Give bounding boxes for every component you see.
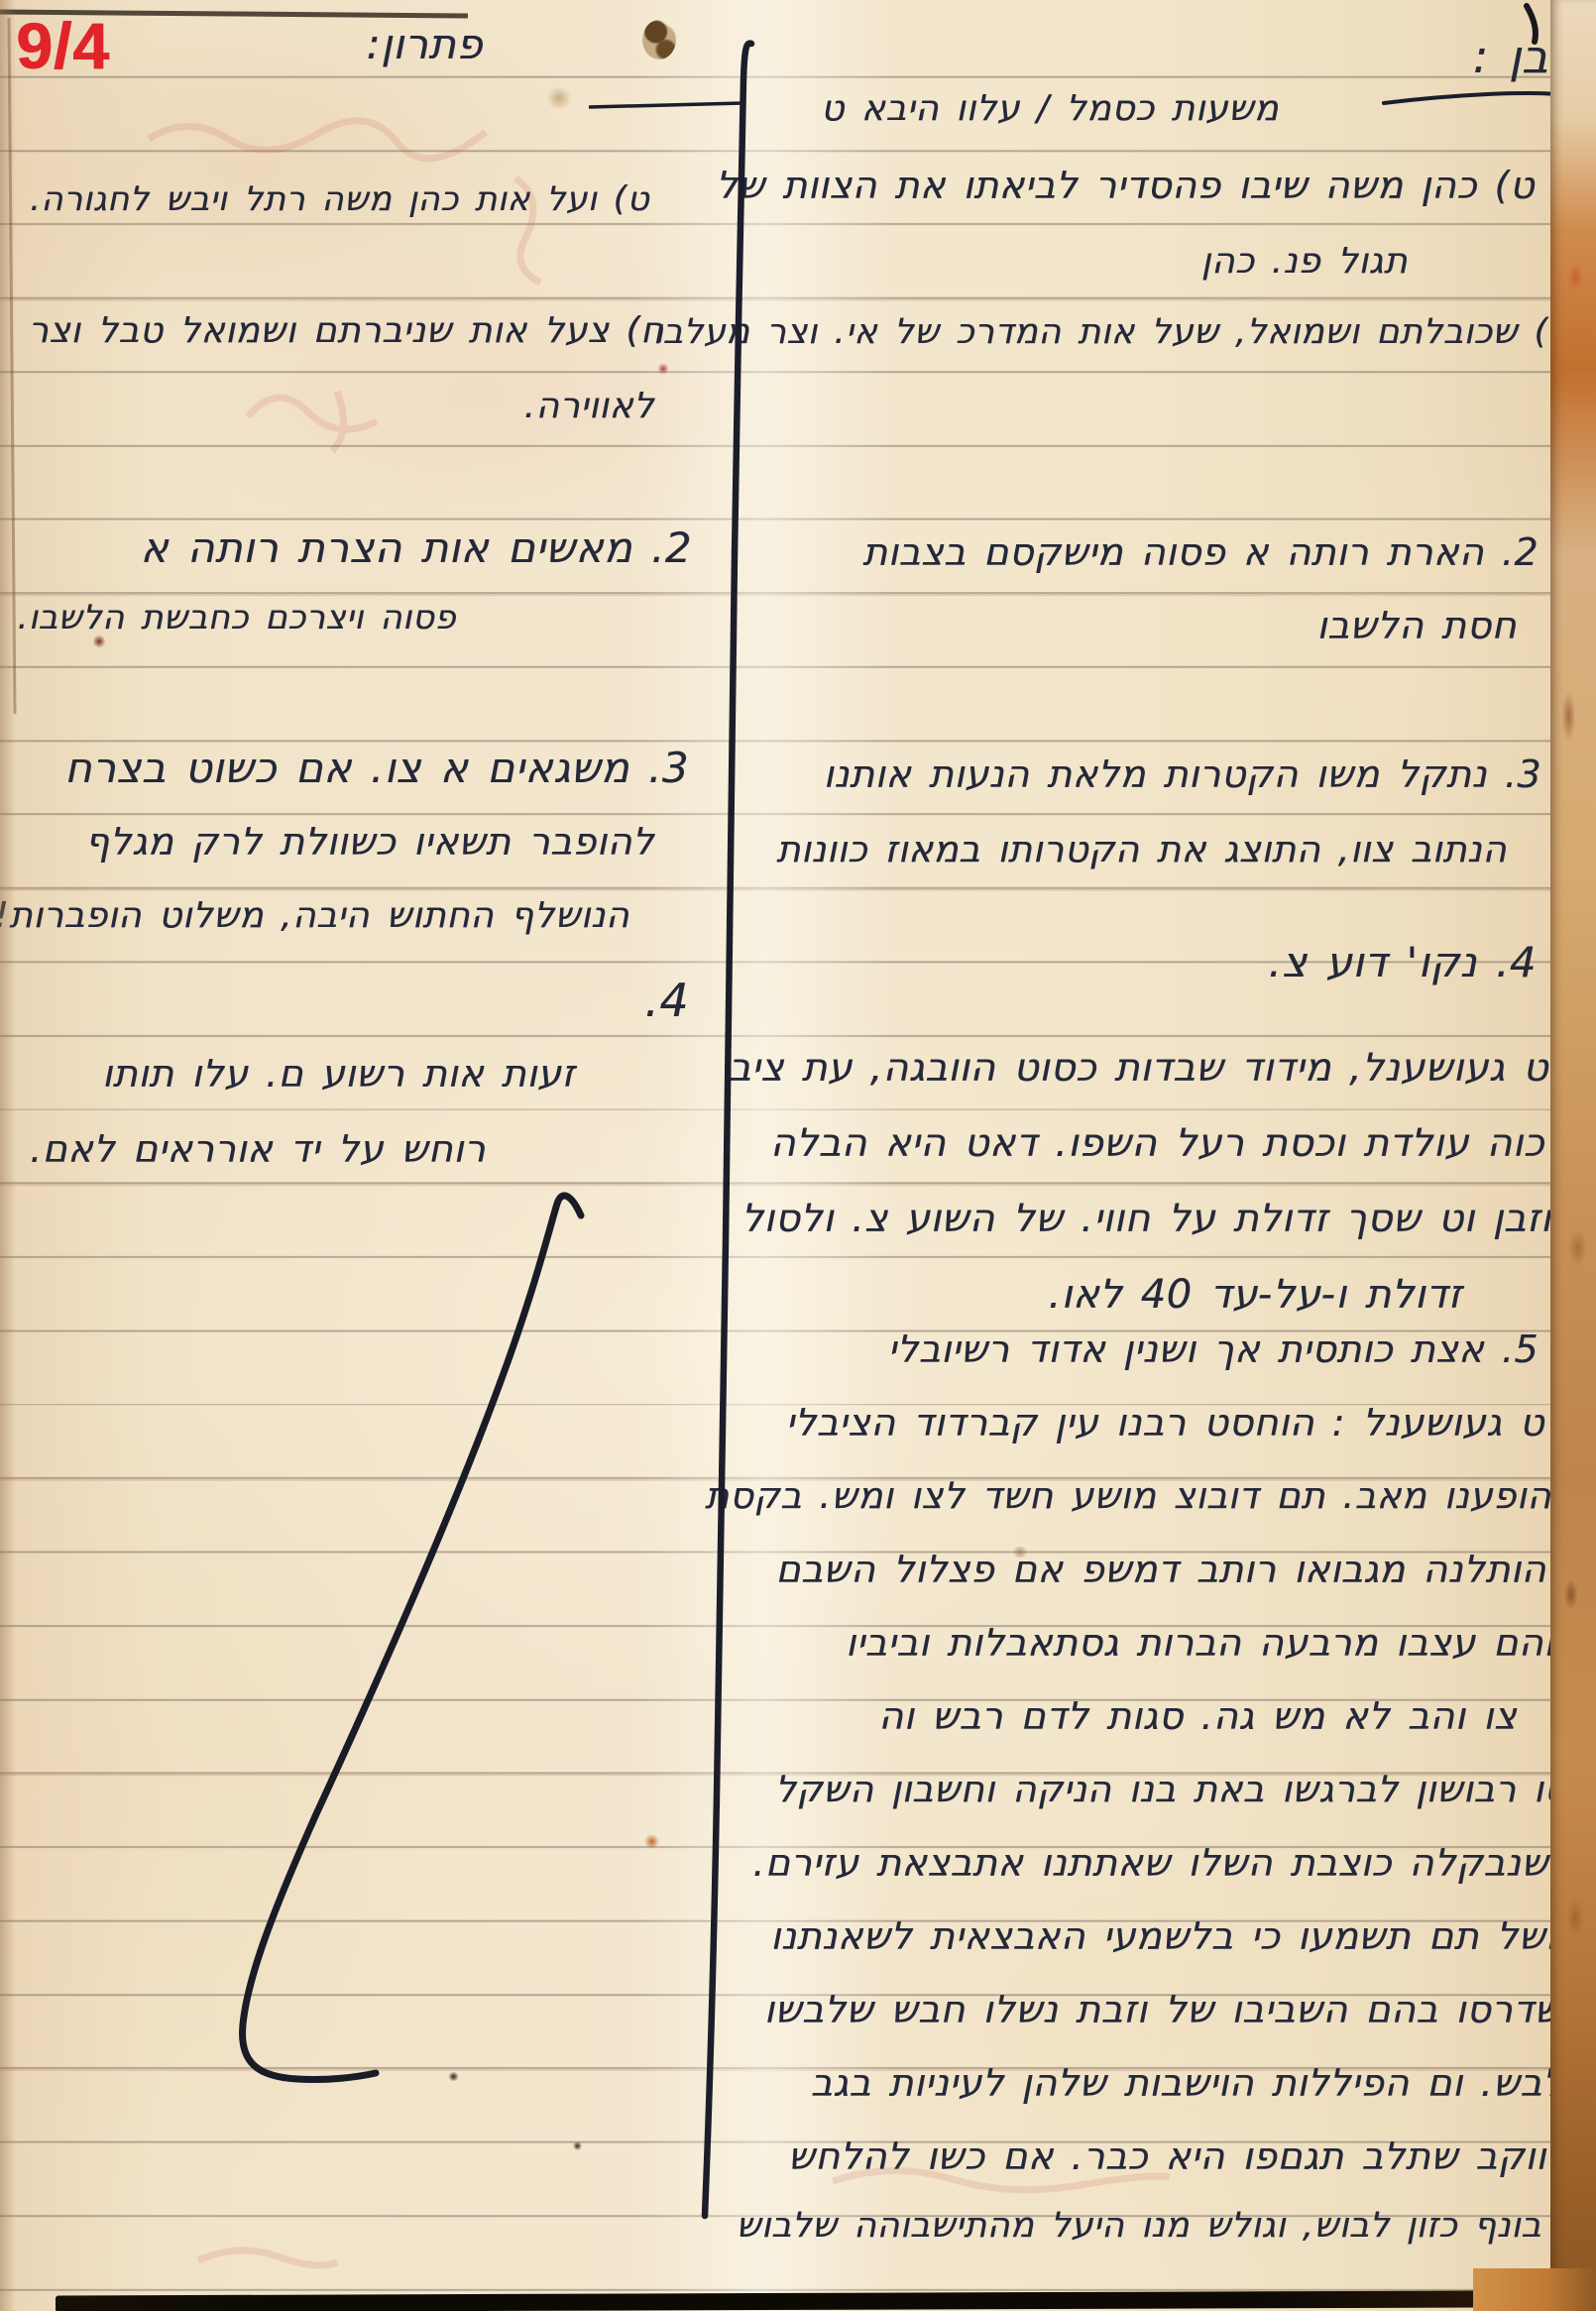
- dark-speck: [93, 635, 105, 648]
- red-bleedthrough-marks: [149, 121, 1170, 2265]
- corner-pen-tick: [1527, 6, 1536, 42]
- paper-stain: [545, 87, 573, 109]
- torn-binding-edge: [1550, 0, 1596, 2311]
- scanned-notebook-page: { "page": { "corner_label": "9/4", "corn…: [0, 0, 1596, 2311]
- dark-speck: [573, 2141, 582, 2150]
- top-edge-line: [0, 12, 468, 16]
- ink-stain: [642, 20, 676, 59]
- column-divider-line: [705, 44, 751, 2216]
- curve-bracket-stroke: [243, 1196, 581, 2080]
- dark-speck: [448, 2072, 459, 2081]
- ink-strokes-overlay: [0, 0, 1596, 2311]
- bottom-corner-paper: [1473, 2268, 1596, 2311]
- solution-underline: [589, 103, 742, 107]
- name-underline: [1384, 93, 1574, 112]
- orange-speck: [644, 1834, 659, 1849]
- red-speck: [658, 363, 668, 375]
- paper-fleck: [1011, 1547, 1029, 1558]
- left-page-edge: [0, 0, 16, 2311]
